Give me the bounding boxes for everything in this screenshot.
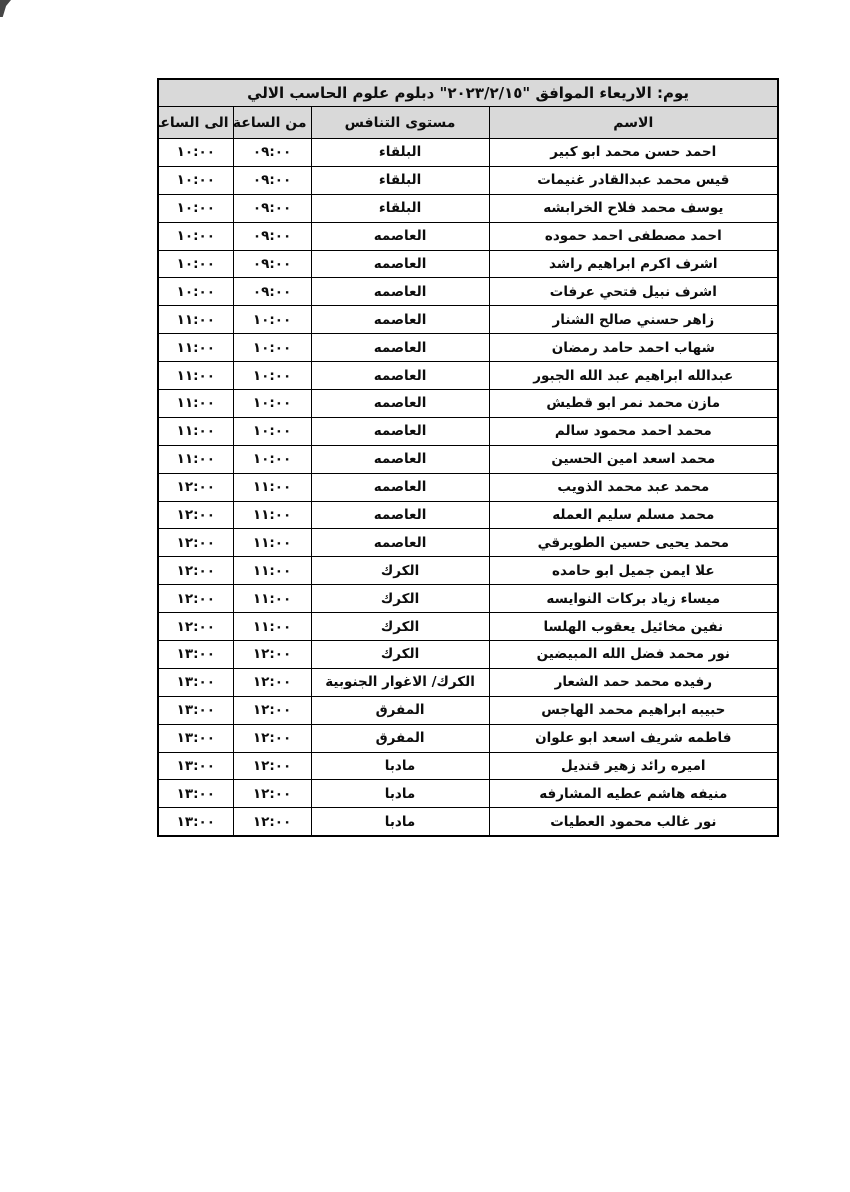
from-time-cell: ٠٩:٠٠ bbox=[233, 250, 311, 278]
table-row: فاطمه شريف اسعد ابو علوان المفرق ١٢:٠٠ ١… bbox=[158, 724, 778, 752]
competition-level-cell: المفرق bbox=[311, 696, 489, 724]
to-time-cell: ١٣:٠٠ bbox=[158, 808, 233, 836]
competition-level-cell: المفرق bbox=[311, 724, 489, 752]
competition-level-cell: العاصمه bbox=[311, 473, 489, 501]
table-row: اشرف نبيل فتحي عرفات العاصمه ٠٩:٠٠ ١٠:٠٠ bbox=[158, 278, 778, 306]
candidate-name-cell: يوسف محمد فلاح الخرابشه bbox=[489, 194, 778, 222]
to-time-cell: ١٢:٠٠ bbox=[158, 585, 233, 613]
table-row: شهاب احمد حامد رمضان العاصمه ١٠:٠٠ ١١:٠٠ bbox=[158, 334, 778, 362]
from-time-cell: ١٠:٠٠ bbox=[233, 445, 311, 473]
competition-level-cell: الكرك bbox=[311, 613, 489, 641]
document-page: يوم: الاريعاء الموافق "٢٠٢٣/٢/١٥" دبلوم … bbox=[0, 0, 850, 1192]
to-time-cell: ١٣:٠٠ bbox=[158, 668, 233, 696]
candidate-name-cell: فاطمه شريف اسعد ابو علوان bbox=[489, 724, 778, 752]
to-time-cell: ١١:٠٠ bbox=[158, 445, 233, 473]
competition-level-cell: البلقاء bbox=[311, 166, 489, 194]
from-time-cell: ٠٩:٠٠ bbox=[233, 278, 311, 306]
competition-level-cell: البلقاء bbox=[311, 194, 489, 222]
competition-level-cell: العاصمه bbox=[311, 306, 489, 334]
table-row: حبيبه ابراهيم محمد الهاجس المفرق ١٢:٠٠ ١… bbox=[158, 696, 778, 724]
candidate-name-cell: محمد عبد محمد الذويب bbox=[489, 473, 778, 501]
competition-level-cell: الكرك bbox=[311, 641, 489, 669]
candidate-name-cell: رفيده محمد حمد الشعار bbox=[489, 668, 778, 696]
table-row: ميساء زياد بركات النوايسه الكرك ١١:٠٠ ١٢… bbox=[158, 585, 778, 613]
candidate-name-cell: ميساء زياد بركات النوايسه bbox=[489, 585, 778, 613]
table-row: محمد اسعد امين الحسين العاصمه ١٠:٠٠ ١١:٠… bbox=[158, 445, 778, 473]
table-row: نور محمد فضل الله المبيضين الكرك ١٢:٠٠ ١… bbox=[158, 641, 778, 669]
from-time-cell: ١٢:٠٠ bbox=[233, 724, 311, 752]
from-time-cell: ٠٩:٠٠ bbox=[233, 139, 311, 167]
table-row: محمد عبد محمد الذويب العاصمه ١١:٠٠ ١٢:٠٠ bbox=[158, 473, 778, 501]
competition-level-cell: العاصمه bbox=[311, 529, 489, 557]
competition-level-cell: العاصمه bbox=[311, 417, 489, 445]
candidate-name-cell: علا ايمن جميل ابو حامده bbox=[489, 557, 778, 585]
competition-level-cell: مادبا bbox=[311, 780, 489, 808]
table-row: احمد حسن محمد ابو كبير البلقاء ٠٩:٠٠ ١٠:… bbox=[158, 139, 778, 167]
table-row: نفين مخائيل يعقوب الهلسا الكرك ١١:٠٠ ١٢:… bbox=[158, 613, 778, 641]
candidate-name-cell: احمد مصطفى احمد حموده bbox=[489, 222, 778, 250]
to-time-cell: ١٠:٠٠ bbox=[158, 250, 233, 278]
from-time-cell: ١١:٠٠ bbox=[233, 613, 311, 641]
from-time-cell: ١٠:٠٠ bbox=[233, 334, 311, 362]
candidate-name-cell: احمد حسن محمد ابو كبير bbox=[489, 139, 778, 167]
title-row: يوم: الاريعاء الموافق "٢٠٢٣/٢/١٥" دبلوم … bbox=[158, 79, 778, 107]
from-time-cell: ١٠:٠٠ bbox=[233, 390, 311, 418]
to-time-cell: ١١:٠٠ bbox=[158, 390, 233, 418]
exam-schedule-table: يوم: الاريعاء الموافق "٢٠٢٣/٢/١٥" دبلوم … bbox=[157, 78, 779, 837]
candidate-name-cell: شهاب احمد حامد رمضان bbox=[489, 334, 778, 362]
from-time-cell: ١١:٠٠ bbox=[233, 557, 311, 585]
candidate-name-cell: زاهر حسني صالح الشنار bbox=[489, 306, 778, 334]
to-time-cell: ١٣:٠٠ bbox=[158, 780, 233, 808]
competition-level-cell: الكرك bbox=[311, 557, 489, 585]
table-body: احمد حسن محمد ابو كبير البلقاء ٠٩:٠٠ ١٠:… bbox=[158, 139, 778, 837]
competition-level-cell: الكرك/ الاغوار الجنوبية bbox=[311, 668, 489, 696]
candidate-name-cell: اشرف اكرم ابراهيم راشد bbox=[489, 250, 778, 278]
to-time-cell: ١١:٠٠ bbox=[158, 362, 233, 390]
candidate-name-cell: منيفه هاشم عطيه المشارفه bbox=[489, 780, 778, 808]
table-row: احمد مصطفى احمد حموده العاصمه ٠٩:٠٠ ١٠:٠… bbox=[158, 222, 778, 250]
from-time-cell: ١٢:٠٠ bbox=[233, 780, 311, 808]
competition-level-cell: العاصمه bbox=[311, 445, 489, 473]
to-time-cell: ١٣:٠٠ bbox=[158, 641, 233, 669]
table-row: قيس محمد عبدالقادر غنيمات البلقاء ٠٩:٠٠ … bbox=[158, 166, 778, 194]
table-row: محمد احمد محمود سالم العاصمه ١٠:٠٠ ١١:٠٠ bbox=[158, 417, 778, 445]
competition-level-cell: العاصمه bbox=[311, 362, 489, 390]
from-time-cell: ١٢:٠٠ bbox=[233, 808, 311, 836]
table-row: علا ايمن جميل ابو حامده الكرك ١١:٠٠ ١٢:٠… bbox=[158, 557, 778, 585]
competition-level-cell: العاصمه bbox=[311, 334, 489, 362]
competition-level-cell: العاصمه bbox=[311, 222, 489, 250]
to-time-cell: ١٠:٠٠ bbox=[158, 194, 233, 222]
table-title: يوم: الاريعاء الموافق "٢٠٢٣/٢/١٥" دبلوم … bbox=[158, 79, 778, 107]
candidate-name-cell: اميره رائد زهير قنديل bbox=[489, 752, 778, 780]
to-time-cell: ١٢:٠٠ bbox=[158, 501, 233, 529]
from-time-cell: ١٠:٠٠ bbox=[233, 306, 311, 334]
to-time-cell: ١٠:٠٠ bbox=[158, 139, 233, 167]
to-time-cell: ١٠:٠٠ bbox=[158, 278, 233, 306]
to-time-cell: ١٠:٠٠ bbox=[158, 222, 233, 250]
table-row: نور غالب محمود العطيات مادبا ١٢:٠٠ ١٣:٠٠ bbox=[158, 808, 778, 836]
to-time-cell: ١١:٠٠ bbox=[158, 306, 233, 334]
scan-artifact bbox=[0, 0, 11, 17]
from-time-cell: ٠٩:٠٠ bbox=[233, 194, 311, 222]
column-header-name: الاسم bbox=[489, 107, 778, 139]
candidate-name-cell: نفين مخائيل يعقوب الهلسا bbox=[489, 613, 778, 641]
to-time-cell: ١٢:٠٠ bbox=[158, 613, 233, 641]
competition-level-cell: العاصمه bbox=[311, 278, 489, 306]
to-time-cell: ١٠:٠٠ bbox=[158, 166, 233, 194]
from-time-cell: ٠٩:٠٠ bbox=[233, 166, 311, 194]
table-row: محمد يحيى حسين الطويرقي العاصمه ١١:٠٠ ١٢… bbox=[158, 529, 778, 557]
table-row: رفيده محمد حمد الشعار الكرك/ الاغوار الج… bbox=[158, 668, 778, 696]
competition-level-cell: مادبا bbox=[311, 808, 489, 836]
candidate-name-cell: نور محمد فضل الله المبيضين bbox=[489, 641, 778, 669]
table-row: مازن محمد نمر ابو قطيش العاصمه ١٠:٠٠ ١١:… bbox=[158, 390, 778, 418]
column-header-row: الاسم مستوى التنافس من الساعة الى الساعة bbox=[158, 107, 778, 139]
table-row: محمد مسلم سليم العمله العاصمه ١١:٠٠ ١٢:٠… bbox=[158, 501, 778, 529]
table-row: منيفه هاشم عطيه المشارفه مادبا ١٢:٠٠ ١٣:… bbox=[158, 780, 778, 808]
from-time-cell: ١٠:٠٠ bbox=[233, 417, 311, 445]
competition-level-cell: الكرك bbox=[311, 585, 489, 613]
competition-level-cell: مادبا bbox=[311, 752, 489, 780]
column-header-level: مستوى التنافس bbox=[311, 107, 489, 139]
competition-level-cell: العاصمه bbox=[311, 501, 489, 529]
table-row: اميره رائد زهير قنديل مادبا ١٢:٠٠ ١٣:٠٠ bbox=[158, 752, 778, 780]
candidate-name-cell: حبيبه ابراهيم محمد الهاجس bbox=[489, 696, 778, 724]
to-time-cell: ١٣:٠٠ bbox=[158, 696, 233, 724]
column-header-to-time: الى الساعة bbox=[158, 107, 233, 139]
table-row: زاهر حسني صالح الشنار العاصمه ١٠:٠٠ ١١:٠… bbox=[158, 306, 778, 334]
from-time-cell: ١١:٠٠ bbox=[233, 501, 311, 529]
candidate-name-cell: عبدالله ابراهيم عبد الله الجبور bbox=[489, 362, 778, 390]
competition-level-cell: العاصمه bbox=[311, 390, 489, 418]
from-time-cell: ١١:٠٠ bbox=[233, 529, 311, 557]
from-time-cell: ١٢:٠٠ bbox=[233, 668, 311, 696]
to-time-cell: ١١:٠٠ bbox=[158, 417, 233, 445]
candidate-name-cell: محمد اسعد امين الحسين bbox=[489, 445, 778, 473]
to-time-cell: ١١:٠٠ bbox=[158, 334, 233, 362]
table-row: عبدالله ابراهيم عبد الله الجبور العاصمه … bbox=[158, 362, 778, 390]
from-time-cell: ١٢:٠٠ bbox=[233, 696, 311, 724]
to-time-cell: ١٢:٠٠ bbox=[158, 529, 233, 557]
table-row: يوسف محمد فلاح الخرابشه البلقاء ٠٩:٠٠ ١٠… bbox=[158, 194, 778, 222]
from-time-cell: ٠٩:٠٠ bbox=[233, 222, 311, 250]
table-row: اشرف اكرم ابراهيم راشد العاصمه ٠٩:٠٠ ١٠:… bbox=[158, 250, 778, 278]
candidate-name-cell: محمد احمد محمود سالم bbox=[489, 417, 778, 445]
column-header-from-time: من الساعة bbox=[233, 107, 311, 139]
from-time-cell: ١٢:٠٠ bbox=[233, 641, 311, 669]
competition-level-cell: البلقاء bbox=[311, 139, 489, 167]
candidate-name-cell: محمد يحيى حسين الطويرقي bbox=[489, 529, 778, 557]
candidate-name-cell: قيس محمد عبدالقادر غنيمات bbox=[489, 166, 778, 194]
candidate-name-cell: محمد مسلم سليم العمله bbox=[489, 501, 778, 529]
from-time-cell: ١١:٠٠ bbox=[233, 585, 311, 613]
from-time-cell: ١٠:٠٠ bbox=[233, 362, 311, 390]
candidate-name-cell: مازن محمد نمر ابو قطيش bbox=[489, 390, 778, 418]
candidate-name-cell: نور غالب محمود العطيات bbox=[489, 808, 778, 836]
to-time-cell: ١٢:٠٠ bbox=[158, 557, 233, 585]
from-time-cell: ١٢:٠٠ bbox=[233, 752, 311, 780]
competition-level-cell: العاصمه bbox=[311, 250, 489, 278]
candidate-name-cell: اشرف نبيل فتحي عرفات bbox=[489, 278, 778, 306]
to-time-cell: ١٣:٠٠ bbox=[158, 752, 233, 780]
to-time-cell: ١٢:٠٠ bbox=[158, 473, 233, 501]
to-time-cell: ١٣:٠٠ bbox=[158, 724, 233, 752]
from-time-cell: ١١:٠٠ bbox=[233, 473, 311, 501]
table-head: يوم: الاريعاء الموافق "٢٠٢٣/٢/١٥" دبلوم … bbox=[158, 79, 778, 139]
